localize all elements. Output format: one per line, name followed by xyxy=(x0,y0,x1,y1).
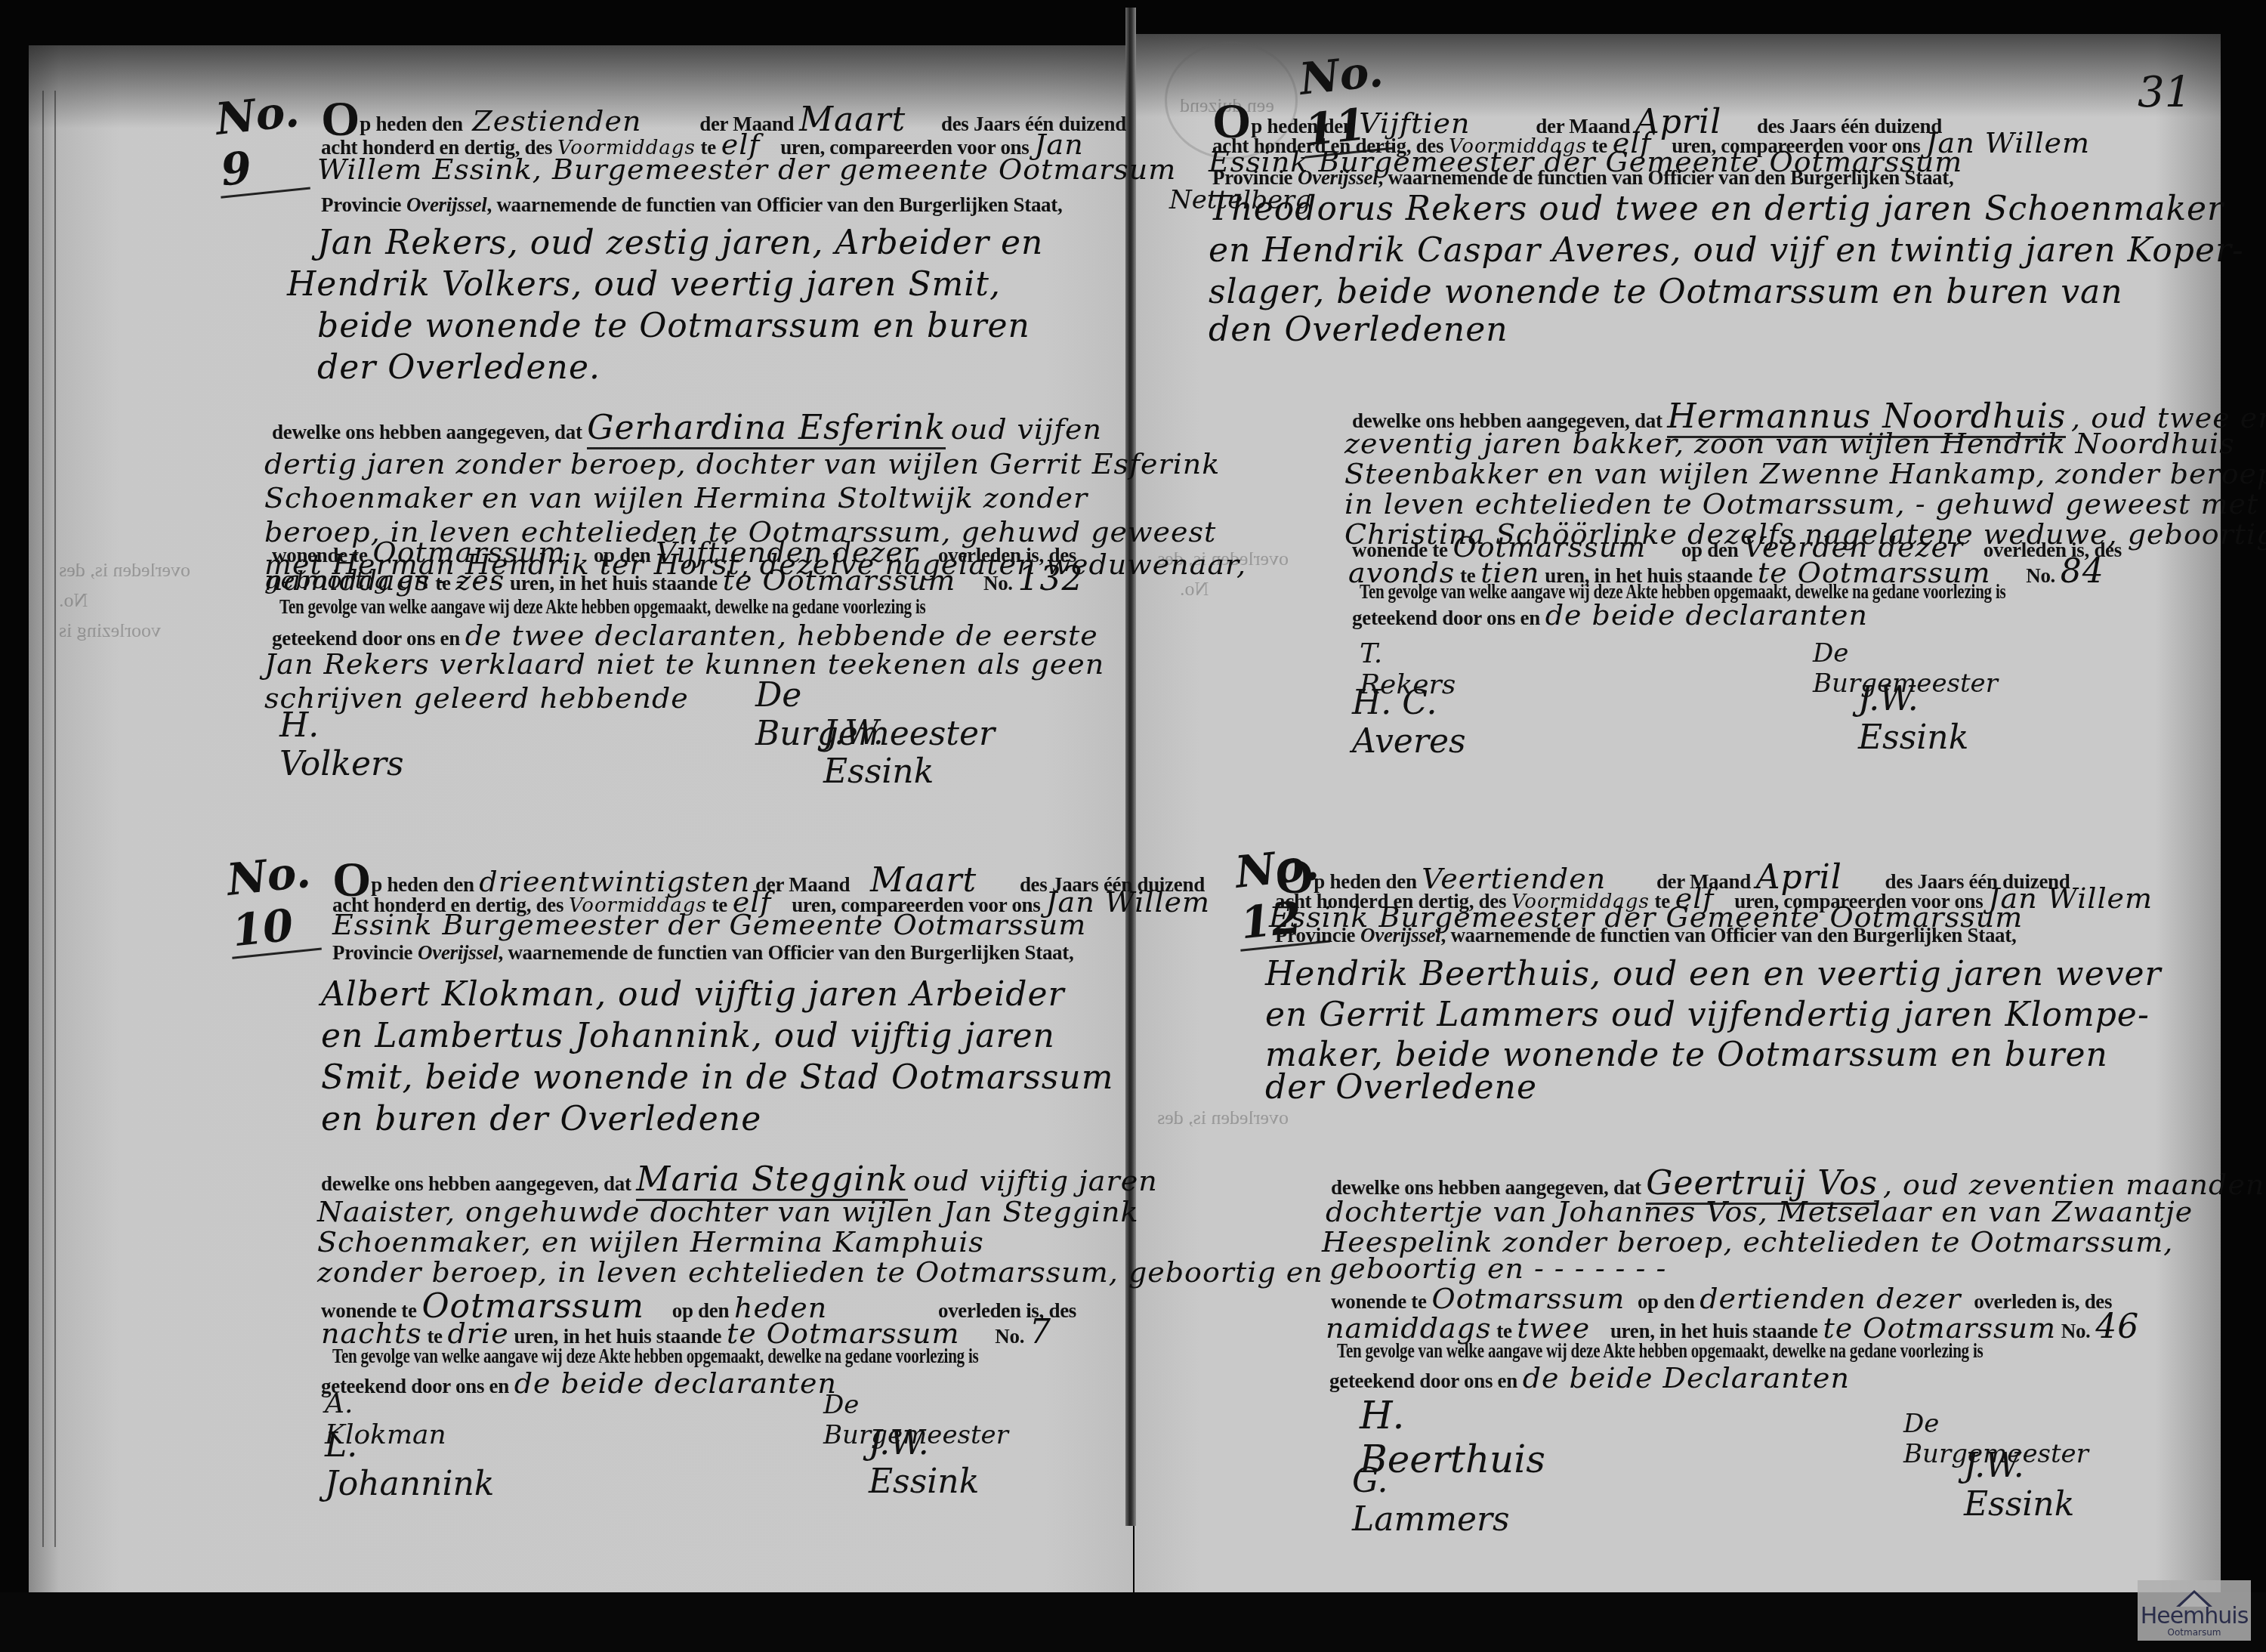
scan-bottom-band xyxy=(0,1592,2266,1652)
description-line: geboortig en - - - - - - - xyxy=(1329,1254,1666,1283)
mayor-signature: J.W. Essink xyxy=(869,1424,979,1501)
house-roof-icon xyxy=(2176,1590,2212,1607)
witness-line: Smit, beide wonende in de Stad Ootmarssu… xyxy=(321,1061,1113,1095)
closing-formula: Ten gevolge van welke aangave wij deze A… xyxy=(1337,1341,1984,1361)
record-line-province: Provincie Overijssel, waarnemende de fun… xyxy=(332,943,1073,963)
record-line-province: Provincie Overijssel, waarnemende de fun… xyxy=(1212,168,1953,188)
witness-line: der Overledene. xyxy=(317,351,600,384)
witness-line: slager, beide wonende te Ootmarssum en b… xyxy=(1209,276,2123,309)
margin-rule xyxy=(54,91,56,1547)
house-number: 84 xyxy=(2061,552,2104,591)
witness-line: maker, beide wonende te Ootmarssum en bu… xyxy=(1265,1039,2108,1072)
watermark-name: Heemhuis xyxy=(2141,1605,2249,1628)
description-line: Steenbakker en van wijlen Zwenne Hankamp… xyxy=(1344,459,2266,488)
closing-formula: Ten gevolge van welke aangave wij deze A… xyxy=(332,1346,979,1366)
witness-signature: L. Johannink xyxy=(325,1426,494,1503)
signed-note: Jan Rekers verklaard niet te kunnen teek… xyxy=(264,650,1104,678)
witness-signature: G. Lammers xyxy=(1352,1462,1510,1539)
entry-number: No. 10 xyxy=(221,845,322,959)
record-line-deceased: dewelke ons hebben aangegeven, dat Gerha… xyxy=(272,412,1102,445)
witness-line: en Lambertus Johannink, oud vijftig jare… xyxy=(321,1020,1055,1053)
house-number: 132 xyxy=(1018,560,1084,598)
mayor-signature: J.W. Essink xyxy=(1858,680,1968,757)
official-line: Willem Essink, Burgemeester der gemeente… xyxy=(317,155,1176,184)
record-line-signed: geteekend door ons en de beide declarant… xyxy=(1352,601,1868,629)
witness-line: en Hendrik Caspar Averes, oud vijf en tw… xyxy=(1209,234,2244,267)
record-line-signed: geteekend door ons en de beide Declarant… xyxy=(1329,1363,1850,1392)
house-number: 7 xyxy=(1030,1313,1051,1351)
record-line-house: namiddags te zes uren, in het huis staan… xyxy=(264,563,1084,596)
witness-line: der Overledene xyxy=(1265,1071,1537,1104)
witness-line: en Gerrit Lammers oud vijfendertig jaren… xyxy=(1265,999,2150,1032)
bleed-through-text: No. xyxy=(1180,578,1209,601)
description-line: in leven echtelieden te Ootmarssum, - ge… xyxy=(1344,489,2258,518)
witness-line: beide wonende te Ootmarssum en buren xyxy=(317,310,1030,343)
witness-line: Hendrik Beerthuis, oud een en veertig ja… xyxy=(1265,958,2162,991)
closing-formula: Ten gevolge van welke aangave wij deze A… xyxy=(279,597,926,617)
witness-line: Theodorus Rekers oud twee en dertig jare… xyxy=(1209,193,2224,226)
description-line: dochtertje van Johannes Vos, Metselaar e… xyxy=(1326,1197,2193,1226)
watermark-subtitle: Ootmarsum xyxy=(2167,1628,2221,1638)
description-line: zonder beroep, in leven echtelieden te O… xyxy=(317,1258,1323,1286)
book-spine xyxy=(1125,8,1136,1526)
mayor-signature: J.W. Essink xyxy=(1964,1447,2074,1524)
description-line: Schoenmaker en van wijlen Hermina Stoltw… xyxy=(264,483,1088,512)
entry-number: No. 9 xyxy=(210,85,310,199)
bleed-through-text: overleden is, des xyxy=(59,559,190,582)
record-line-province: Provincie Overijssel, waarnemende de fun… xyxy=(321,195,1062,215)
description-line: Naaister, ongehuwde dochter van wijlen J… xyxy=(317,1197,1138,1226)
record-line-deceased: dewelke ons hebben aangegeven, dat Maria… xyxy=(321,1163,1158,1197)
bleed-through-text: overleden is, des xyxy=(1157,1107,1289,1129)
bleed-through-text: voorlezing is xyxy=(59,619,161,642)
witness-line: Hendrik Volkers, oud veertig jaren Smit, xyxy=(287,268,1001,301)
witness-line: Albert Klokman, oud vijftig jaren Arbeid… xyxy=(321,978,1064,1011)
description-line: dertig jaren zonder beroep, dochter van … xyxy=(264,449,1220,478)
deceased-name: Gerhardina Esferink xyxy=(587,409,946,449)
record-line-signed: geteekend door ons en de twee declarante… xyxy=(272,621,1098,650)
heemhuis-watermark: Heemhuis Ootmarsum xyxy=(2138,1580,2251,1641)
witness-line: den Overledenen xyxy=(1209,313,1508,347)
record-line-province: Provincie Overijssel, waarnemende de fun… xyxy=(1275,925,2016,946)
folio-number: 31 xyxy=(2138,68,2191,117)
bleed-through-text: No. xyxy=(59,589,88,612)
witness-signature: H. C. Averes xyxy=(1352,684,1466,761)
official-line: Essink Burgemeester der Gemeente Ootmars… xyxy=(332,910,1086,939)
mayor-signature: J.W. Essink xyxy=(823,714,934,791)
description-line: zeventig jaren bakker, zoon van wijlen H… xyxy=(1344,429,2235,458)
margin-rule xyxy=(42,91,44,1547)
witness-line: Jan Rekers, oud zestig jaren, Arbeider e… xyxy=(317,227,1043,260)
house-number: 46 xyxy=(2095,1308,2139,1346)
witness-line: en buren der Overledene xyxy=(321,1103,761,1136)
record-line-residence: wonende te Ootmarssum op den dertienden … xyxy=(1331,1284,2112,1313)
witness-signature: H. Volkers xyxy=(279,706,404,783)
description-line: Schoenmaker, en wijlen Hermina Kamphuis xyxy=(317,1227,984,1256)
